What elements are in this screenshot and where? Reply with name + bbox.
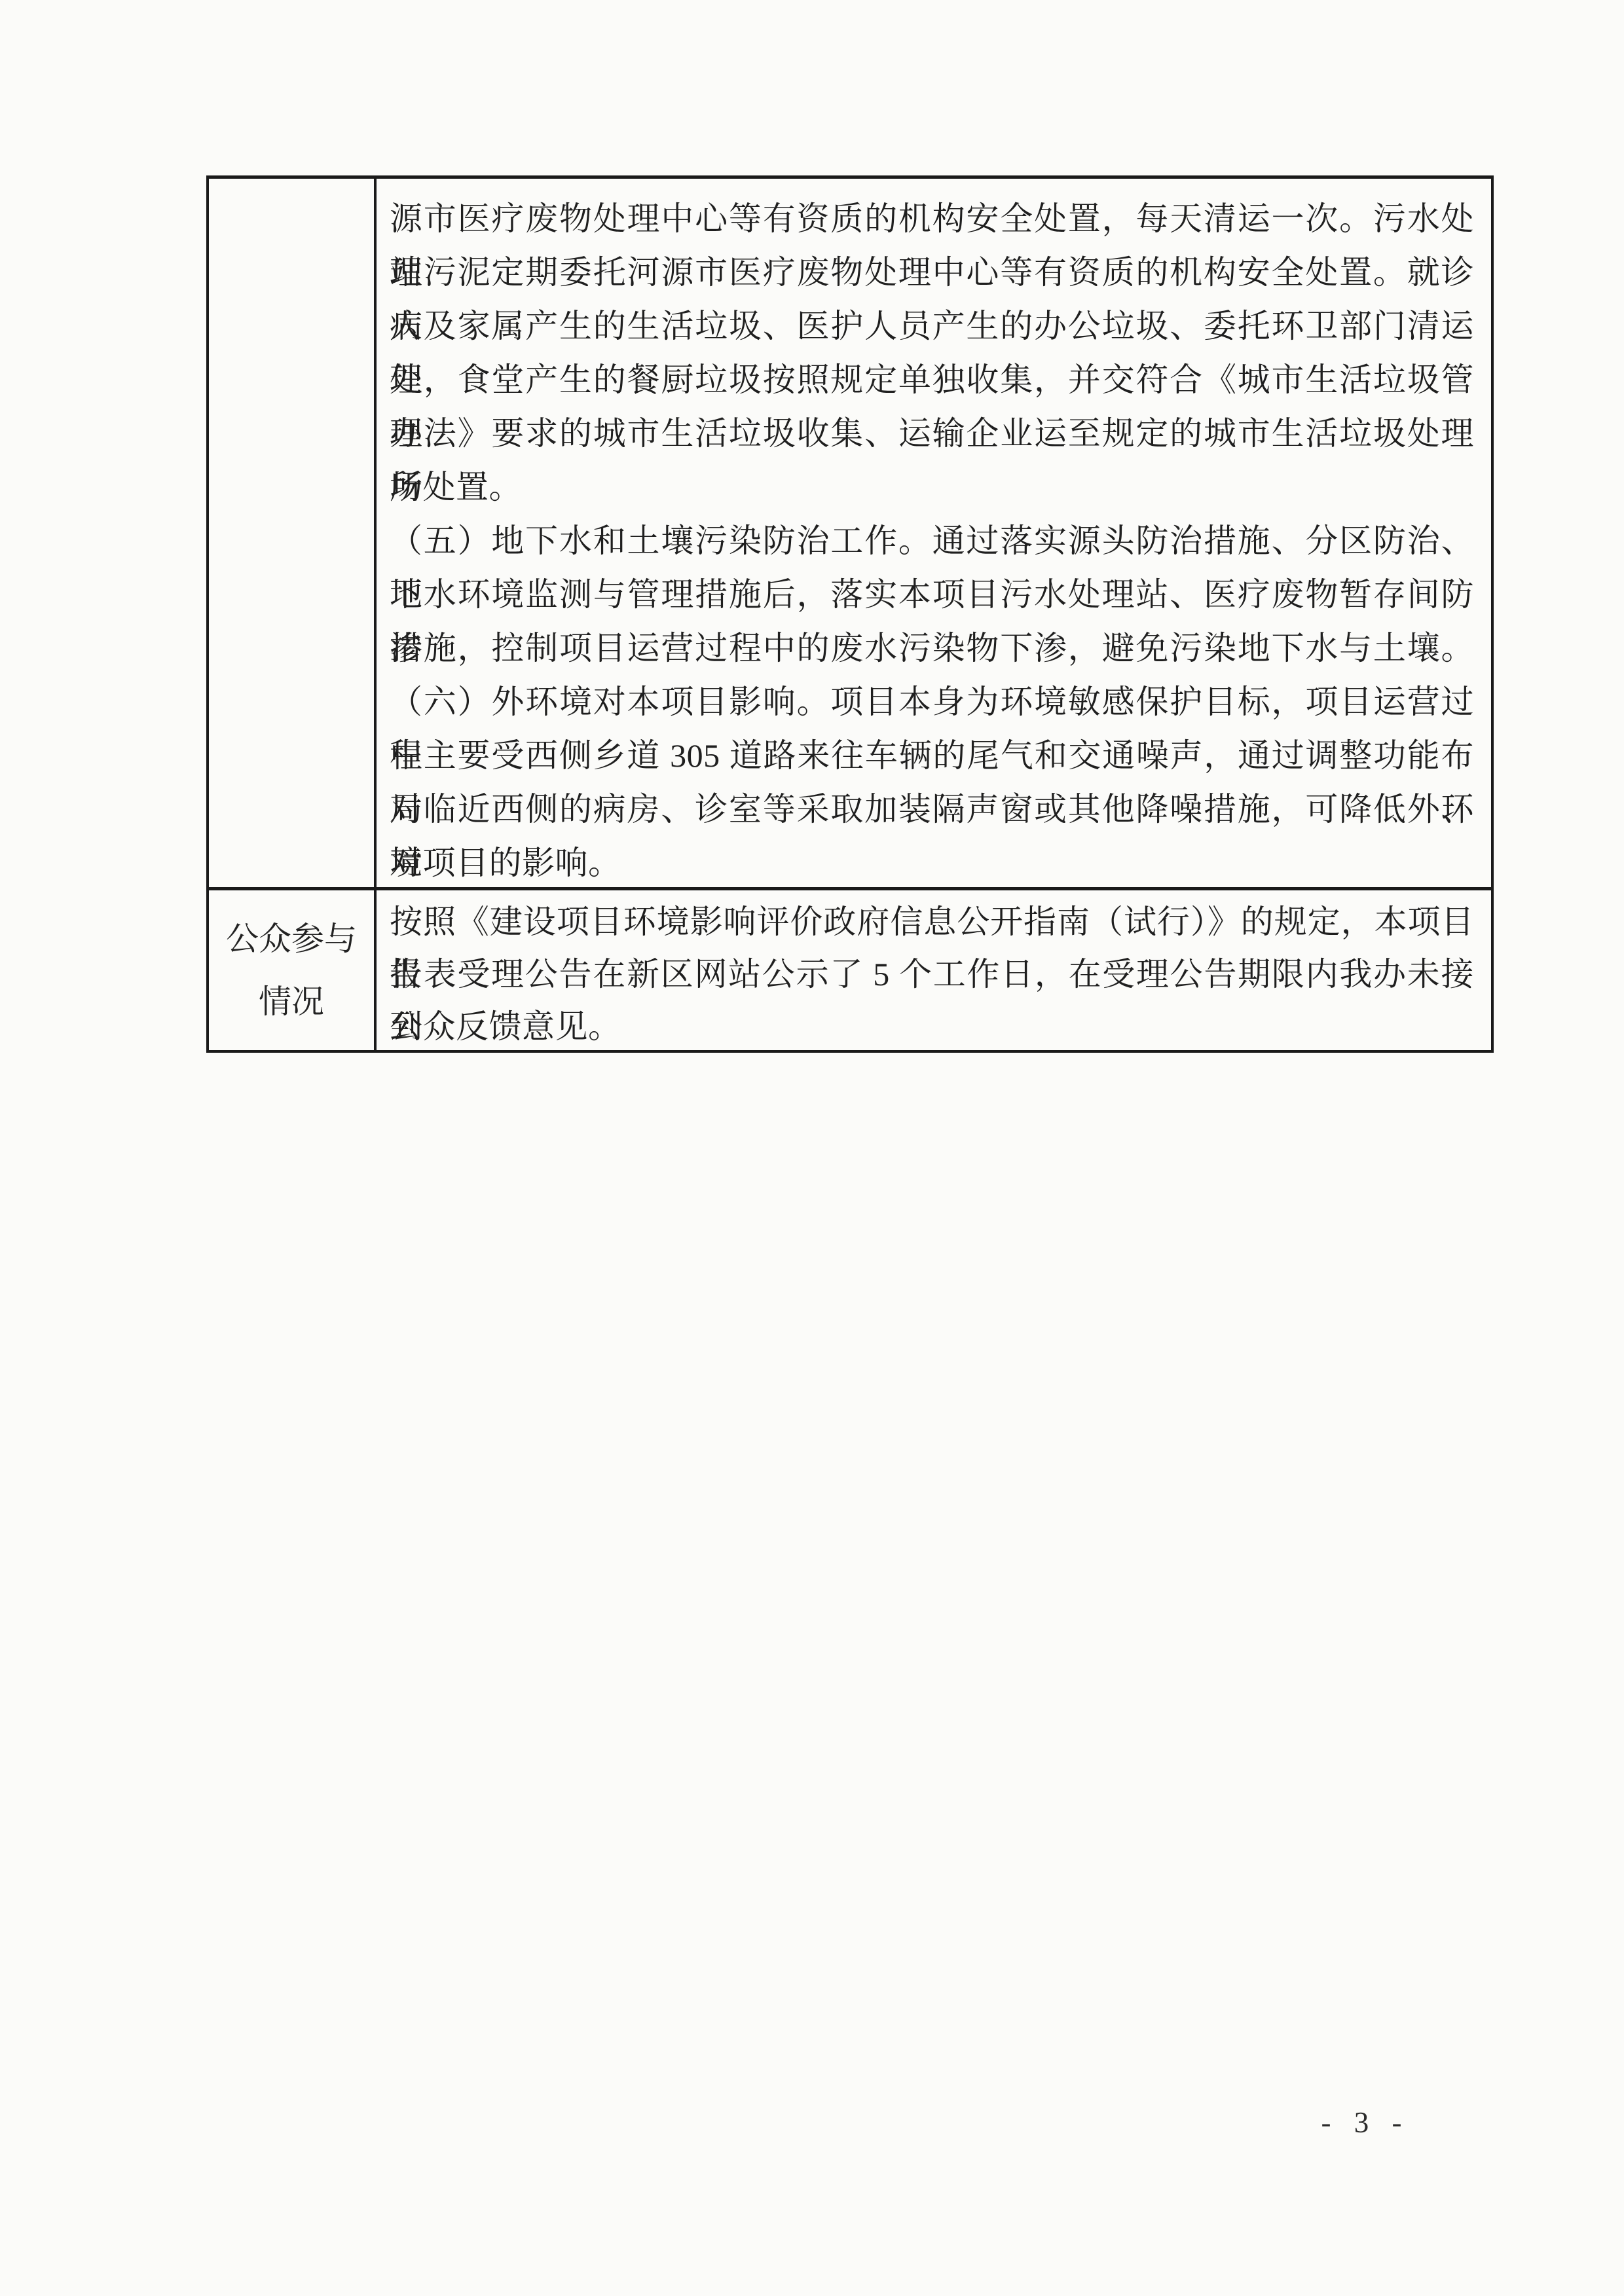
text-line: 人及家属产生的生活垃圾、医护人员产生的办公垃圾、委托环卫部门清运处 <box>390 299 1474 353</box>
text-line: 措施，控制项目运营过程中的废水污染物下渗，避免污染地下水与土壤。 <box>390 621 1474 675</box>
text-line: 对项目的影响。 <box>390 836 1474 887</box>
row-label-text: 情况 <box>259 970 324 1033</box>
text-line: 按照《建设项目环境影响评价政府信息公开指南（试行）》的规定，本项目报 <box>390 896 1474 948</box>
row-label-cell: 公众参与 情况 <box>209 890 377 1050</box>
text-line: 办法》要求的城市生活垃圾收集、运输企业运至规定的城市生活垃圾处理场 <box>390 407 1474 460</box>
table-row-public-participation: 公众参与 情况 按照《建设项目环境影响评价政府信息公开指南（试行）》的规定，本项… <box>209 890 1491 1050</box>
text-line: 站污泥定期委托河源市医疗废物处理中心等有资质的机构安全处置。就诊病 <box>390 246 1474 299</box>
text-line: 源市医疗废物处理中心等有资质的机构安全处置，每天清运一次。污水处理 <box>390 192 1474 246</box>
document-page: 源市医疗废物处理中心等有资质的机构安全处置，每天清运一次。污水处理 站污泥定期委… <box>0 0 1624 2296</box>
row-content-cell: 按照《建设项目环境影响评价政府信息公开指南（试行）》的规定，本项目报 告表受理公… <box>377 890 1491 1050</box>
table-row-continuation: 源市医疗废物处理中心等有资质的机构安全处置，每天清运一次。污水处理 站污泥定期委… <box>209 179 1491 890</box>
row-label-text: 公众参与 <box>226 907 357 970</box>
text-line: 理，食堂产生的餐厨垃圾按照规定单独收集，并交符合《城市生活垃圾管理 <box>390 353 1474 407</box>
review-table: 源市医疗废物处理中心等有资质的机构安全处置，每天清运一次。污水处理 站污泥定期委… <box>206 175 1494 1053</box>
text-line: （五）地下水和土壤污染防治工作。通过落实源头防治措施、分区防治、地 <box>390 514 1474 568</box>
text-line: 公众反馈意见。 <box>390 1000 1474 1050</box>
text-line: 所处置。 <box>390 460 1474 514</box>
text-line: 告表受理公告在新区网站公示了 5 个工作日，在受理公告期限内我办未接到 <box>390 948 1474 1000</box>
row-content-cell: 源市医疗废物处理中心等有资质的机构安全处置，每天清运一次。污水处理 站污泥定期委… <box>377 179 1491 887</box>
text-line: 下水环境监测与管理措施后，落实本项目污水处理站、医疗废物暂存间防渗 <box>390 568 1474 621</box>
text-line: （六）外环境对本项目影响。项目本身为环境敏感保护目标，项目运营过程 <box>390 675 1474 729</box>
text-line: 对临近西侧的病房、诊室等采取加装隔声窗或其他降噪措施，可降低外环境 <box>390 782 1474 836</box>
page-number: - 3 - <box>1303 2105 1428 2140</box>
text-line: 中主要受西侧乡道 305 道路来往车辆的尾气和交通噪声，通过调整功能布局、 <box>390 729 1474 782</box>
row-label-cell-empty <box>209 179 377 887</box>
